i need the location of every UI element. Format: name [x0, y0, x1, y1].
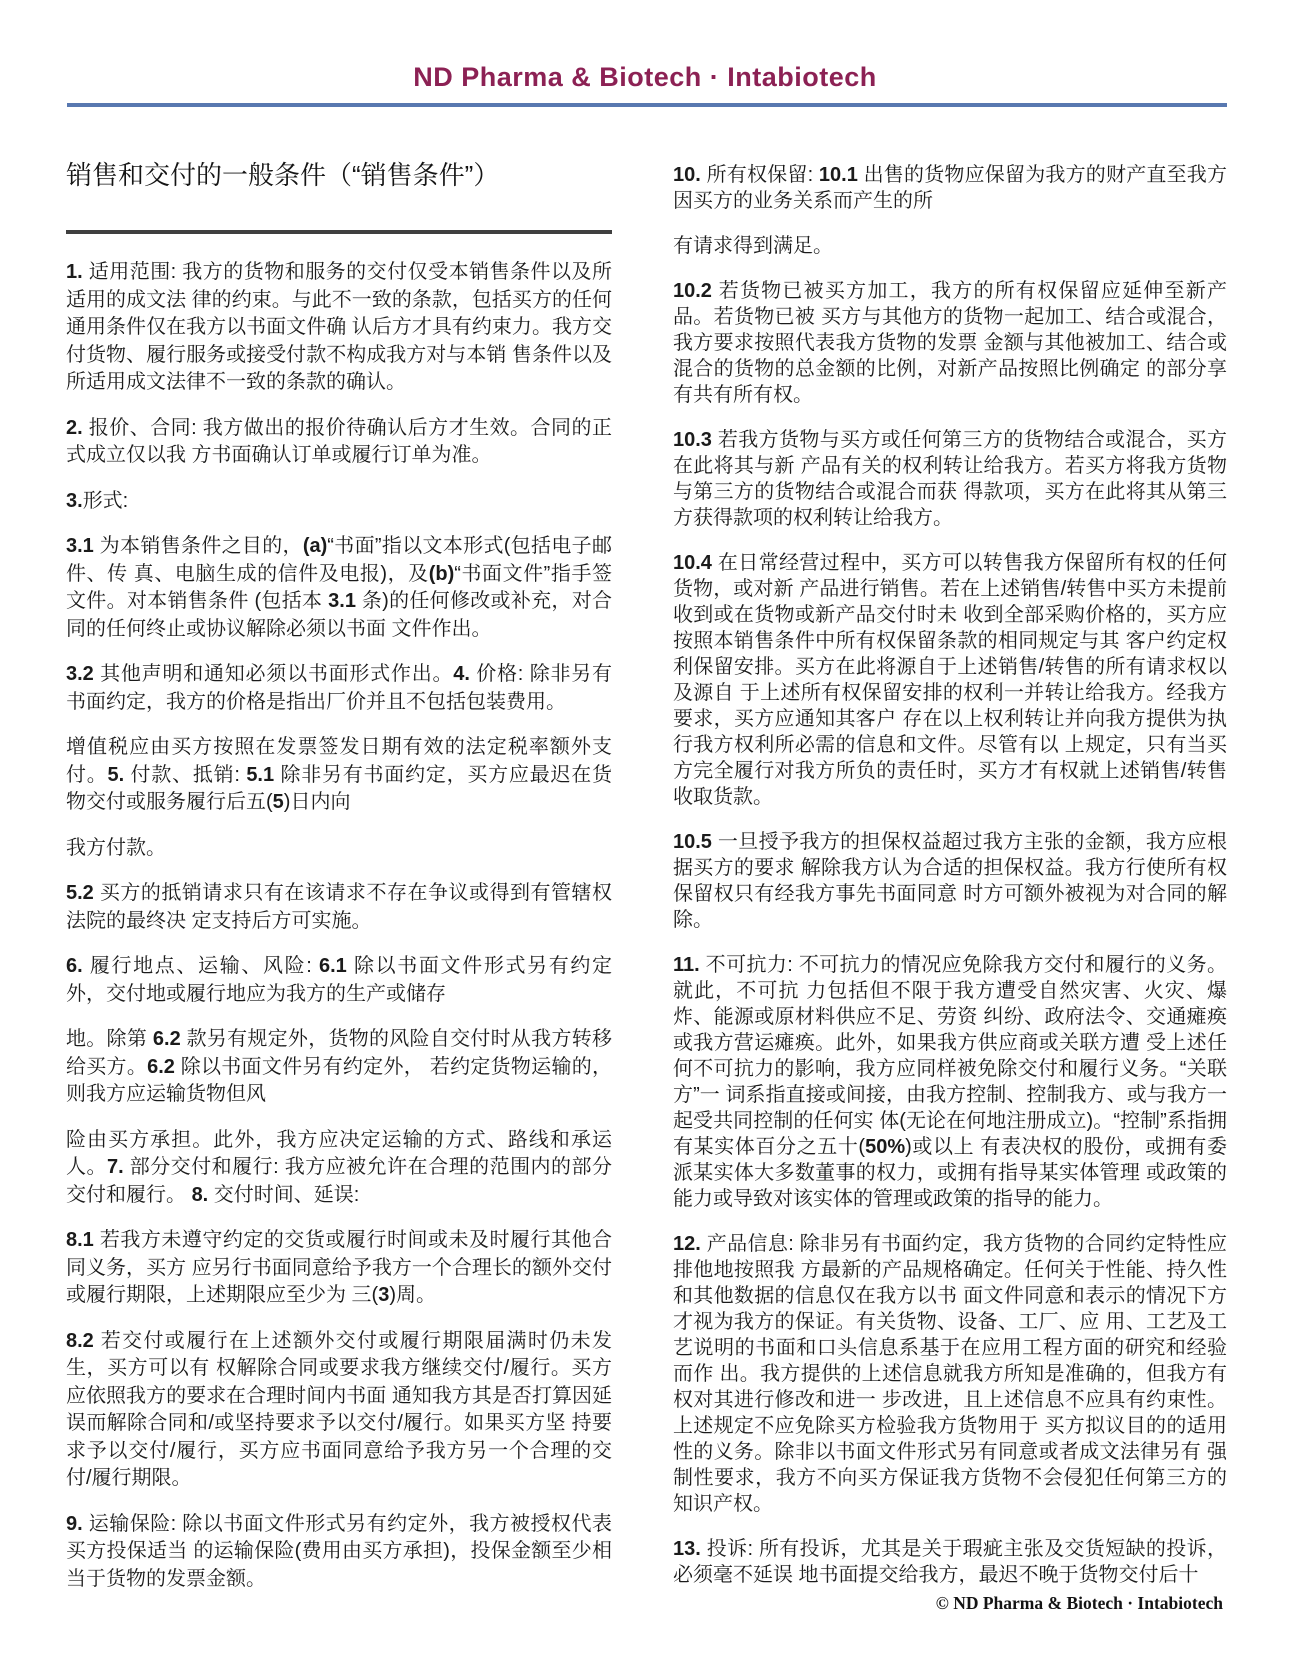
paragraph: 有请求得到满足。 — [673, 233, 1227, 259]
document-title: 销售和交付的一般条件（“销售条件”） — [66, 158, 612, 192]
paragraph: 3.形式: — [66, 488, 612, 516]
paragraph: 地。除第 6.2 款另有规定外，货物的风险自交付时从我方转移给买方。6.2 除以… — [66, 1026, 612, 1109]
paragraph: 8.2 若交付或履行在上述额外交付或履行期限届满时仍未发生，买方可以有 权解除合… — [66, 1328, 612, 1493]
right-column-paragraphs: 10. 所有权保留: 10.1 出售的货物应保留为我方的财产直至我方因买方的业务… — [673, 162, 1227, 1588]
paragraph: 增值税应由买方按照在发票签发日期有效的法定税率额外支付。5. 付款、抵销: 5.… — [66, 734, 612, 817]
paragraph: 10.4 在日常经营过程中，买方可以转售我方保留所有权的任何货物，或对新 产品进… — [673, 550, 1227, 810]
paragraph: 1. 适用范围: 我方的货物和服务的交付仅受本销售条件以及所适用的成文法 律的约… — [66, 259, 612, 397]
right-column: 10. 所有权保留: 10.1 出售的货物应保留为我方的财产直至我方因买方的业务… — [673, 162, 1227, 1607]
paragraph: 10. 所有权保留: 10.1 出售的货物应保留为我方的财产直至我方因买方的业务… — [673, 162, 1227, 214]
paragraph: 11. 不可抗力: 不可抗力的情况应免除我方交付和履行的义务。就此，不可抗 力包… — [673, 952, 1227, 1212]
paragraph: 2. 报价、合同: 我方做出的报价待确认后方才生效。合同的正式成立仅以我 方书面… — [66, 415, 612, 470]
paragraph: 险由买方承担。此外，我方应决定运输的方式、路线和承运人。7. 部分交付和履行: … — [66, 1127, 612, 1210]
paragraph: 10.5 一旦授予我方的担保权益超过我方主张的金额，我方应根据买方的要求 解除我… — [673, 829, 1227, 933]
paragraph: 12. 产品信息: 除非另有书面约定，我方货物的合同约定特性应排他地按照我 方最… — [673, 1231, 1227, 1517]
paragraph: 10.3 若我方货物与买方或任何第三方的货物结合或混合，买方在此将其与新 产品有… — [673, 427, 1227, 531]
paragraph: 9. 运输保险: 除以书面文件形式另有约定外，我方被授权代表买方投保适当 的运输… — [66, 1511, 612, 1594]
left-column: 销售和交付的一般条件（“销售条件”） 1. 适用范围: 我方的货物和服务的交付仅… — [66, 158, 612, 1611]
paragraph: 13. 投诉: 所有投诉，尤其是关于瑕疵主张及交货短缺的投诉，必须毫不延误 地书… — [673, 1536, 1227, 1588]
paragraph: 6. 履行地点、运输、风险: 6.1 除以书面文件形式另有约定外，交付地或履行地… — [66, 953, 612, 1008]
paragraph: 10.2 若货物已被买方加工，我方的所有权保留应延伸至新产品。若货物已被 买方与… — [673, 278, 1227, 408]
header-rule — [67, 103, 1227, 107]
paragraph: 5.2 买方的抵销请求只有在该请求不存在争议或得到有管辖权法院的最终决 定支持后… — [66, 880, 612, 935]
paragraph: 3.2 其他声明和通知必须以书面形式作出。4. 价格: 除非另有书面约定，我方的… — [66, 661, 612, 716]
footer-copyright: © ND Pharma & Biotech · Intabiotech — [936, 1593, 1223, 1614]
title-rule — [66, 230, 612, 234]
paragraph: 我方付款。 — [66, 835, 612, 863]
paragraph: 8.1 若我方未遵守约定的交货或履行时间或未及时履行其他合同义务，买方 应另行书… — [66, 1227, 612, 1310]
left-column-paragraphs: 1. 适用范围: 我方的货物和服务的交付仅受本销售条件以及所适用的成文法 律的约… — [66, 259, 612, 1593]
paragraph: 3.1 为本销售条件之目的，(a)“书面”指以文本形式(包括电子邮件、传 真、电… — [66, 533, 612, 643]
company-header: ND Pharma & Biotech · Intabiotech — [0, 62, 1290, 93]
